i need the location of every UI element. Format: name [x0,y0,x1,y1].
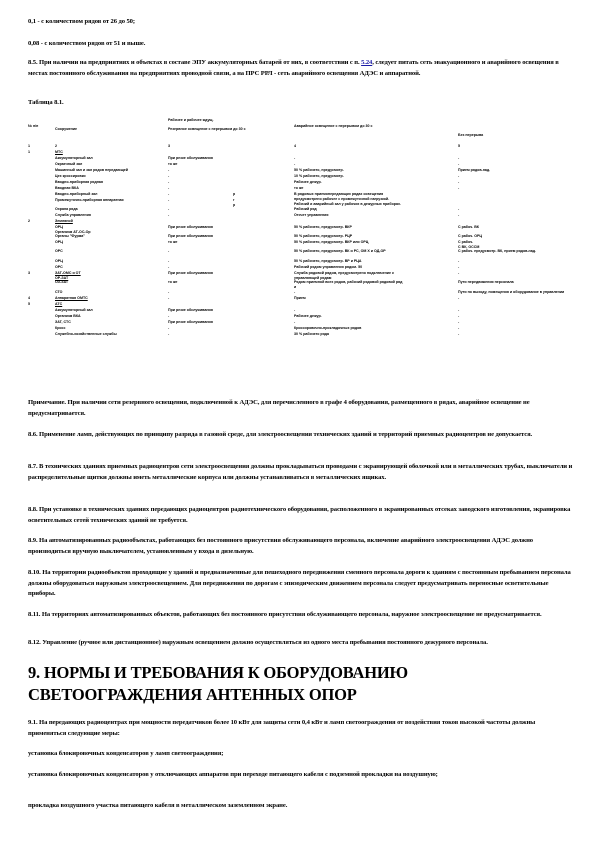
row-reserve-lighting: При резке обслуживания [168,234,258,239]
paragraph-8-5-text-before: 8.5. При наличии на предприятиях и объек… [28,59,361,66]
paragraph-8-5: 8.5. При наличии на предприятиях и объек… [28,58,573,79]
header-no-break: Без перерыва [458,133,595,138]
row-reserve-lighting: - [168,265,258,270]
row-reserve-lighting: - [168,259,258,264]
col-number-4: 4 [294,144,404,149]
row-emergency-lighting: Рабочий ряд [294,207,404,212]
row-no-break: - [458,308,595,313]
row-facility: МТС [55,150,165,155]
header-num: № п/п [28,124,46,129]
row-no-break: Пути передвижения персонала [458,280,595,285]
row-facility: Вводно-приборная рядная [55,180,165,185]
row-facility: Кросс [55,326,165,331]
row-facility: Вводно-приборный зал [55,192,165,197]
row-reserve-lighting: - [168,168,258,173]
row-reserve-lighting: При резке обслуживания [168,320,258,325]
row-no-break: - [458,174,595,179]
row-emergency-lighting: Рабочее дежур. [294,314,404,319]
row-number: 2 [28,219,46,224]
row-facility: Охрана ряда [55,207,165,212]
row-emergency-lighting: - [294,156,404,161]
row-emergency-lighting: - [294,290,404,295]
row-facility: Земляной [55,219,165,224]
row-reserve-lighting: - [168,174,258,179]
row-facility: ОРС [55,265,165,270]
row-emergency-lighting: 50 % рабочего, предусмотр. ВКР или ОРЦ [294,240,404,245]
row-facility: Организм ВКА [55,314,165,319]
paragraph-9-1-item-a: установка блокировочных конденсаторов у … [28,749,573,760]
paragraph-8-7: 8.7. В технических зданиях приемных ради… [28,462,573,483]
row-emergency-lighting: 50 % рабочего, предусмотр. РЦР [294,234,404,239]
row-facility: Служба управления [55,213,165,218]
row-facility: Промежуточно-приборная аппаратная [55,198,165,203]
row-emergency-lighting: 50 % рабочего, предусмотр. [294,168,404,173]
row-emergency-lighting: 50 % рабочего, предусмотр. ВК и РС, ОМ Х… [294,249,404,254]
row-emergency-lighting: 10 % рабочего, предусмотр. [294,174,404,179]
paragraph-9-1-item-c: прокладка воздушного участка питающего к… [28,801,573,812]
col-number-3: 3 [168,144,258,149]
row-facility: Вводная ВКА [55,186,165,191]
row-no-break: - [458,207,595,212]
row-facility: Служебно-хозяйственные службы [55,332,165,337]
row-reserve-lighting: - [168,192,258,197]
row-emergency-lighting: Рядом приемной всех рядов, рабочий рядов… [294,280,404,290]
row-no-break: - [458,296,595,301]
row-no-break: Прием рядов-над. [458,168,595,173]
row-emergency-lighting: Рабочий рядом управления рядом. 50 [294,265,404,270]
row-no-break: - [458,265,595,270]
paragraph-rows-51-plus: 0,08 - с количеством рядов от 51 и выше. [28,39,573,50]
table-note: Примечание. При наличии сети резервного … [28,398,573,419]
paragraph-9-1-item-b: установка блокировочных конденсаторов у … [28,770,573,781]
row-no-break: - [458,320,595,325]
row-reserve-lighting: - [168,249,258,254]
row-emergency-lighting: - [294,320,404,325]
row-no-break: - [458,213,595,218]
row-no-break: Пути по выходу, помещения и оборудование… [458,290,595,295]
row-facility: ОРЦ [55,240,165,245]
row-no-break: - [458,162,595,167]
header-reserve: Резервное освещение с перерывом до 30 с [168,127,258,132]
row-no-break: - [458,271,595,276]
row-emergency-lighting: то же [294,186,404,191]
row-facility: ЗАТ, СТС [55,320,165,325]
paragraph-8-8: 8.8. При установке в технических зданиях… [28,505,573,526]
row-reserve-lighting: - [168,296,258,301]
row-facility: Аккумуляторный зал [55,156,165,161]
paragraph-rows-26-50: 0,1 - с количеством рядов от 26 до 50; [28,17,573,28]
paragraph-8-12: 8.12. Управление (ручное или дистанционн… [28,638,573,649]
row-facility: Цех кроссировки [55,174,165,179]
row-reserve-lighting: - [168,326,258,331]
row-emergency-lighting: Рабочее дежур. [294,180,404,185]
row-emergency-lighting: 50 % рабочего, предусмотр. ВКР [294,225,404,230]
row-emergency-lighting: Прием [294,296,404,301]
row-emergency-lighting: В рядовых приемопередающих рядах освещен… [294,192,404,207]
row-reserve-lighting: - [168,332,258,337]
row-emergency-lighting: 50 % рабочего, предусмотр. ВР и РЦА [294,259,404,264]
row-reserve-lighting: то же [168,162,258,167]
col-number-2: 2 [55,144,165,149]
row-facility: АТС [55,302,165,307]
row-no-break: - [458,332,595,337]
row-number: 5 [28,302,46,307]
paragraph-8-11: 8.11. На территориях автоматизированных … [28,610,573,621]
row-no-break: С рабоч. предусмотр. ВК, прием рядов-над… [458,249,595,254]
row-no-break: - [458,326,595,331]
header-facility: Сооружение [55,127,165,132]
row-number: 1 [28,150,46,155]
row-number: 4 [28,296,46,301]
row-reserve-lighting: то же [168,240,258,245]
row-reserve-lighting: При резке обслуживания [168,225,258,230]
row-reserve-lighting: - [168,290,258,295]
row-facility: Органы "Фурма" [55,234,165,239]
row-reserve-lighting: При резке обслуживания [168,271,258,276]
paragraph-8-6: 8.6. Применение ламп, действующих по при… [28,430,573,441]
row-facility: Окраечный зал [55,162,165,167]
row-reserve-lighting: - [168,180,258,185]
row-reserve-lighting: При резке обслуживания [168,308,258,313]
row-reserve-lighting: При резке обслуживания [168,156,258,161]
col-number-5: 5 [458,144,595,149]
header-group-label: Рабочее и рабочее ждущ. [168,118,258,123]
row-no-break: С рабоч. ВК [458,225,595,230]
row-no-break: - [458,186,595,191]
row-reserve-lighting: - [168,213,258,218]
row-reserve-lighting: - [168,198,258,203]
row-facility: Машинный зал и зал рядов передающей [55,168,165,173]
table-caption: Таблица 8.1. [28,98,573,109]
paragraph-9-1: 9.1. На передающих радиоцентрах при мощн… [28,718,573,739]
row-facility: Аппаратная ОМТС [55,296,165,301]
section-9-heading: 9. НОРМЫ И ТРЕБОВАНИЯ К ОБОРУДОВАНИЮ СВЕ… [28,662,573,706]
row-no-break: - [458,180,595,185]
col-number-1: 1 [28,144,46,149]
row-no-break: С рабоч. ОРЦ [458,234,595,239]
row-facility: Аккумуляторный зал [55,308,165,313]
row-emergency-lighting: Отсчет управления [294,213,404,218]
row-no-break: - [458,156,595,161]
row-emergency-lighting: - [294,162,404,167]
link-clause-5-24[interactable]: 5.24 [361,59,372,66]
row-number: 3 [28,271,46,276]
row-reserve-lighting: - [168,314,258,319]
row-facility: ОРЦ [55,259,165,264]
paragraph-8-9: 8.9. На автоматизированных радиообъектах… [28,536,573,557]
row-reserve-lighting: - [168,207,258,212]
row-reserve-lighting: - [168,186,258,191]
paragraph-8-10: 8.10. На территории радиообъектов проход… [28,568,573,600]
row-no-break: - [458,314,595,319]
row-reserve-lighting: то же [168,280,258,285]
row-facility: СТО [55,290,165,295]
row-facility: ОЗ-ЗАТ [55,280,165,285]
row-emergency-lighting: 30 % рабочего ряда [294,332,404,337]
header-emergency: Аварийное освещение с перерывом до 30 с [294,124,404,129]
row-emergency-lighting: Кроссировочно-прокладочных рядов [294,326,404,331]
row-no-break: - [458,259,595,264]
row-facility: ОРС [55,249,165,254]
row-emergency-lighting: - [294,308,404,313]
row-reserve-mark: р [233,192,241,197]
